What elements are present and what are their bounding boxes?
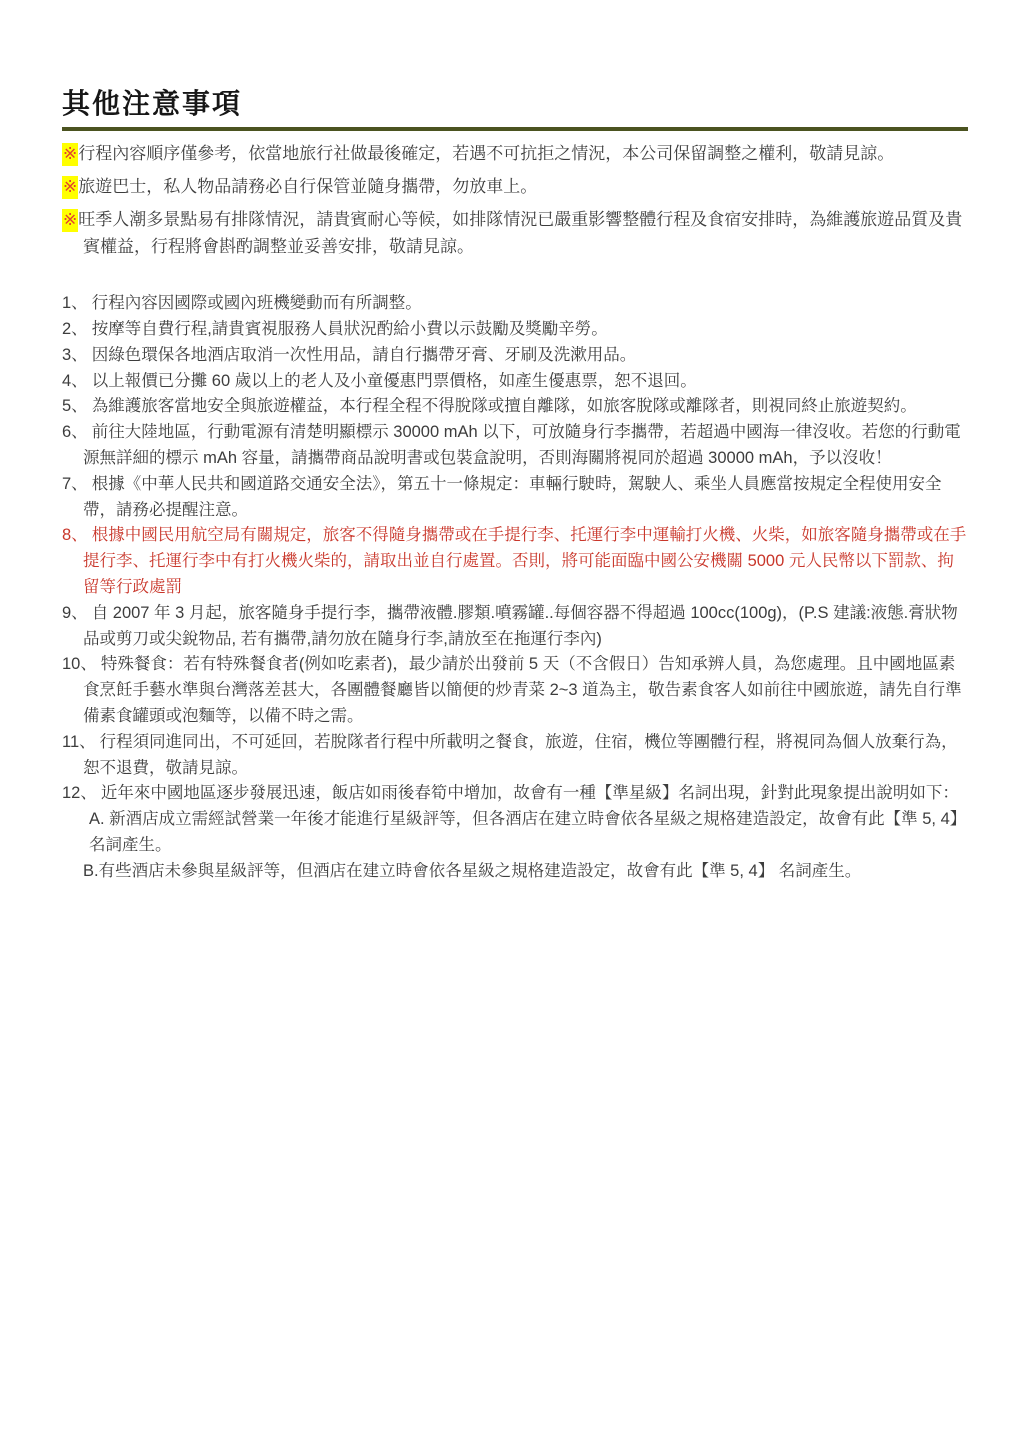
- numbered-note-alert: 8、根據中國民用航空局有關規定，旅客不得隨身攜帶或在手提行李、托運行李中運輸打火…: [62, 523, 968, 600]
- highlighted-note-text: 旺季人潮多景點易有排隊情況，請貴賓耐心等候，如排隊情況已嚴重影響整體行程及食宿安…: [78, 210, 962, 256]
- reference-mark-icon: ※: [62, 176, 78, 199]
- note-number: 6、: [62, 423, 92, 441]
- note-text: 近年來中國地區逐步發展迅速，飯店如雨後春筍中增加，故會有一種【準星級】名詞出現，…: [101, 784, 959, 802]
- numbered-note: 7、根據《中華人民共和國道路交通安全法》，第五十一條規定：車輛行駛時，駕駛人、乘…: [62, 472, 968, 524]
- note-number: 7、: [62, 475, 92, 493]
- note-text: 按摩等自費行程,請貴賓視服務人員狀況酌給小費以示鼓勵及獎勵辛勞。: [92, 320, 608, 338]
- title-rule: [62, 127, 968, 131]
- note-text: 根據中國民用航空局有關規定，旅客不得隨身攜帶或在手提行李、托運行李中運輸打火機、…: [83, 526, 966, 596]
- note-number: 12、: [62, 784, 101, 802]
- note-text: 以上報價已分攤 60 歲以上的老人及小童優惠門票價格，如產生優惠票，恕不退回。: [92, 372, 697, 390]
- highlighted-note: ※旺季人潮多景點易有排隊情況，請貴賓耐心等候，如排隊情況已嚴重影響整體行程及食宿…: [62, 206, 968, 260]
- numbered-note: 9、自 2007 年 3 月起，旅客隨身手提行李，攜帶液體.膠類.噴霧罐..每個…: [62, 601, 968, 653]
- numbered-note-subitem: B.有些酒店未參與星級評等，但酒店在建立時會依各星級之規格建造設定，故會有此【準…: [62, 859, 968, 885]
- highlighted-note: ※行程內容順序僅參考，依當地旅行社做最後確定，若遇不可抗拒之情況，本公司保留調整…: [62, 140, 968, 167]
- note-number: 5、: [62, 397, 92, 415]
- numbered-note: 10、特殊餐食：若有特殊餐食者(例如吃素者)，最少請於出發前 5 天（不含假日）…: [62, 652, 968, 729]
- note-text: 前往大陸地區，行動電源有清楚明顯標示 30000 mAh 以下，可放隨身行李攜帶…: [83, 423, 961, 467]
- document-page: 其他注意事項 ※行程內容順序僅參考，依當地旅行社做最後確定，若遇不可抗拒之情況，…: [0, 0, 1024, 885]
- note-number: 11、: [62, 733, 100, 751]
- note-text: 為維護旅客當地安全與旅遊權益，本行程全程不得脫隊或擅自離隊，如旅客脫隊或離隊者，…: [92, 397, 917, 415]
- note-number: 3、: [62, 346, 92, 364]
- note-number: 2、: [62, 320, 92, 338]
- numbered-note: 12、近年來中國地區逐步發展迅速，飯店如雨後春筍中增加，故會有一種【準星級】名詞…: [62, 781, 968, 807]
- note-text: 行程內容因國際或國內班機變動而有所調整。: [92, 294, 422, 312]
- note-text: 因綠色環保各地酒店取消一次性用品，請自行攜帶牙膏、牙刷及洗漱用品。: [92, 346, 637, 364]
- highlighted-notes-section: ※行程內容順序僅參考，依當地旅行社做最後確定，若遇不可抗拒之情況，本公司保留調整…: [62, 140, 968, 260]
- numbered-note: 6、前往大陸地區，行動電源有清楚明顯標示 30000 mAh 以下，可放隨身行李…: [62, 420, 968, 472]
- numbered-note: 3、因綠色環保各地酒店取消一次性用品，請自行攜帶牙膏、牙刷及洗漱用品。: [62, 343, 968, 369]
- note-number: 9、: [62, 604, 92, 622]
- numbered-note-subitem: A. 新酒店成立需經試營業一年後才能進行星級評等，但各酒店在建立時會依各星級之規…: [62, 807, 968, 859]
- numbered-note: 11、行程須同進同出，不可延回，若脫隊者行程中所載明之餐食，旅遊，住宿，機位等團…: [62, 730, 968, 782]
- reference-mark-icon: ※: [62, 209, 78, 232]
- note-number: 8、: [62, 526, 92, 544]
- note-number: 1、: [62, 294, 92, 312]
- note-text: 特殊餐食：若有特殊餐食者(例如吃素者)，最少請於出發前 5 天（不含假日）告知承…: [83, 655, 962, 725]
- numbered-note: 5、為維護旅客當地安全與旅遊權益，本行程全程不得脫隊或擅自離隊，如旅客脫隊或離隊…: [62, 394, 968, 420]
- numbered-note: 1、行程內容因國際或國內班機變動而有所調整。: [62, 291, 968, 317]
- note-text: 自 2007 年 3 月起，旅客隨身手提行李，攜帶液體.膠類.噴霧罐..每個容器…: [83, 604, 958, 648]
- numbered-note: 2、按摩等自費行程,請貴賓視服務人員狀況酌給小費以示鼓勵及獎勵辛勞。: [62, 317, 968, 343]
- highlighted-note: ※旅遊巴士，私人物品請務必自行保管並隨身攜帶，勿放車上。: [62, 173, 968, 200]
- note-number: 10、: [62, 655, 101, 673]
- numbered-note: 4、以上報價已分攤 60 歲以上的老人及小童優惠門票價格，如產生優惠票，恕不退回…: [62, 369, 968, 395]
- highlighted-note-text: 旅遊巴士，私人物品請務必自行保管並隨身攜帶，勿放車上。: [78, 177, 537, 196]
- page-title: 其他注意事項: [62, 88, 968, 120]
- note-text: 根據《中華人民共和國道路交通安全法》，第五十一條規定：車輛行駛時，駕駛人、乘坐人…: [83, 475, 941, 519]
- reference-mark-icon: ※: [62, 143, 78, 166]
- note-number: 4、: [62, 372, 92, 390]
- highlighted-note-text: 行程內容順序僅參考，依當地旅行社做最後確定，若遇不可抗拒之情況，本公司保留調整之…: [78, 144, 894, 163]
- numbered-notes-section: 1、行程內容因國際或國內班機變動而有所調整。 2、按摩等自費行程,請貴賓視服務人…: [62, 291, 968, 884]
- note-text: 行程須同進同出，不可延回，若脫隊者行程中所載明之餐食，旅遊，住宿，機位等團體行程…: [83, 733, 958, 777]
